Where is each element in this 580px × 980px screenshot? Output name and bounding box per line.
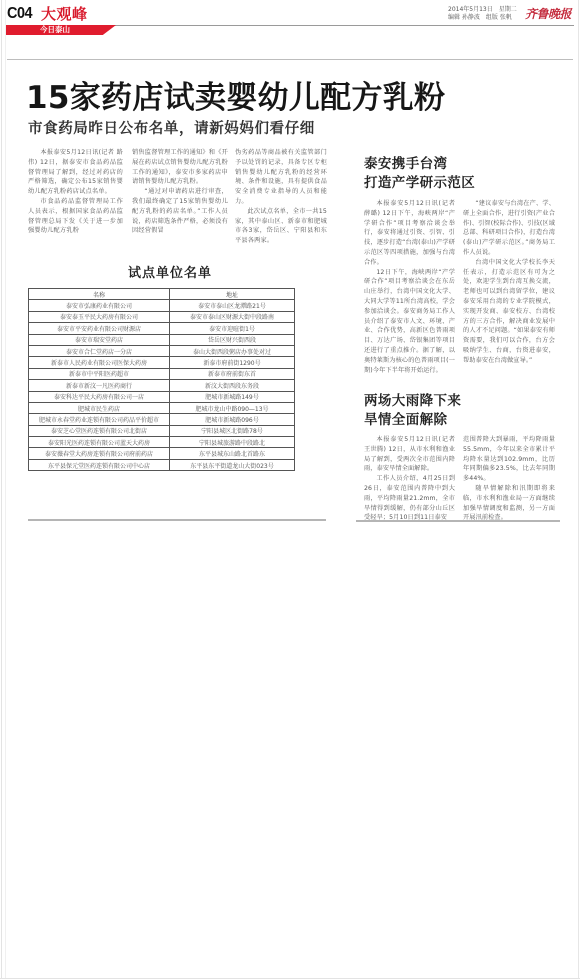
lead-column-1: 本报泰安5月12日讯(记者 路伟) 12日，据泰安市食品药品监督管理局了解到，经…: [28, 148, 123, 236]
section-divider: [28, 519, 326, 521]
store-address: 新泰市府前街1290号: [170, 357, 295, 368]
newspaper-logo: 齐鲁晚报: [525, 5, 571, 22]
paragraph: 本报泰安5月12日讯(记者 路伟) 12日，据泰安市食品药品监督管理局了解到，经…: [28, 148, 123, 197]
side-story-1-headline: 泰安携手台湾 打造产学研示范区: [364, 155, 475, 193]
table-row: 新泰市新汶一凡医药商行新汶大街西段东务段: [29, 380, 295, 391]
store-address: 肥城市新城路096号: [170, 414, 295, 425]
store-name: 泰安泰玉平民大药房有限公司: [29, 311, 170, 322]
table-row: 肥城市民生药店肥城市龙山中路090—13号: [29, 402, 295, 413]
issue-date: 2014年5月13日 星期二: [448, 6, 517, 14]
paragraph: “通过对申请药店进行审查，我们最终确定了15家销售婴幼儿配方乳粉的药店名单。”工…: [132, 187, 228, 236]
store-address: 肥城市龙山中路090—13号: [170, 402, 295, 413]
store-address: 泰安市泰山区财源大街中段路南: [170, 311, 295, 322]
table-row: 新泰市人民药业有限公司医保大药房新泰市府前街1290号: [29, 357, 295, 368]
headline-line: 两场大雨降下来: [364, 392, 461, 411]
paragraph: 12日下午，海峡两岸“产学研合作”项目考察洽谈会在东岳山庄举行，台湾中国文化大学…: [364, 268, 455, 376]
store-name: 泰安市弘康药业有限公司: [29, 300, 170, 311]
table-title: 试点单位名单: [128, 262, 212, 281]
table-row: 泰安市平安药业有限公司财源店泰安市迎暄街1号: [29, 323, 295, 334]
header-divider: [7, 59, 573, 60]
store-name: 泰安阳光医药连锁有限公司蓝天大药房: [29, 437, 170, 448]
paragraph: 本报泰安5月12日讯(记者 王世腾) 12日，从市水利和渔业局了解到，受两次全市…: [364, 435, 455, 474]
table-row: 泰安市合仁堂药店一分店泰山大街西段粥店办事处对过: [29, 345, 295, 356]
store-name: 泰安市瑞安堂药店: [29, 334, 170, 345]
paragraph: 本报泰安5月12日讯(记者 薛璐) 12日下午，海峡两岸“产学研合作”项目考察洽…: [364, 199, 455, 268]
store-address: 东平县城东山路北首路东: [170, 448, 295, 459]
store-name: 新泰市中平阳医药超市: [29, 368, 170, 379]
lead-headline: 15家药店试卖婴幼儿配方乳粉: [26, 72, 445, 117]
store-address: 肥城市新城路149号: [170, 391, 295, 402]
table-row: 泰安市瑞安堂药店岱岳区财兴街西段: [29, 334, 295, 345]
store-name: 肥城市民生药店: [29, 402, 170, 413]
table-row: 泰安薇春堂大药房连锁有限公司府前药店东平县城东山路北首路东: [29, 448, 295, 459]
headline-line: 打造产学研示范区: [364, 174, 475, 193]
pilot-store-table: 名称 地址 泰安市弘康药业有限公司泰安市泰山区龙潭路21号 泰安泰玉平民大药房有…: [28, 288, 295, 471]
store-name: 泰安市合仁堂药店一分店: [29, 345, 170, 356]
store-address: 东平县东平街道龙山大街023号: [170, 459, 295, 470]
store-name: 新泰市人民药业有限公司医保大药房: [29, 357, 170, 368]
side-story-2-column-1: 本报泰安5月12日讯(记者 王世腾) 12日，从市水利和渔业局了解到，受两次全市…: [364, 435, 455, 523]
newspaper-page: C04 大观峰 今日泰山 2014年5月13日 星期二 编辑 孙静波 组版 张帆…: [0, 0, 580, 980]
table-row: 泰安科达平民大药房有限公司一店肥城市新城路149号: [29, 391, 295, 402]
page-border-bottom: [0, 978, 580, 979]
paragraph: 台湾中国文化大学校长李天任表示，打造示范区有可为之处，欢迎学生到台湾互换交流，老…: [463, 258, 555, 366]
store-address: 新泰市府前街东首: [170, 368, 295, 379]
column-header-name: 名称: [29, 289, 170, 300]
section-divider: [356, 520, 560, 522]
table-row: 泰安市弘康药业有限公司泰安市泰山区龙潭路21号: [29, 300, 295, 311]
table-row: 新泰市中平阳医药超市新泰市府前街东首: [29, 368, 295, 379]
table-row: 泰安阳光医药连锁有限公司蓝天大药房宁阳县城旅游路中段路北: [29, 437, 295, 448]
column-header-address: 地址: [170, 289, 295, 300]
table-header-row: 名称 地址: [29, 289, 295, 300]
store-name: 泰安芝心堂医药连锁有限公司北街店: [29, 425, 170, 436]
issue-meta: 2014年5月13日 星期二 编辑 孙静波 组版 张帆: [448, 6, 517, 22]
page-border-left: [1, 0, 2, 978]
paragraph: 伪劣药品等商品被有关监管部门予以处罚的记录，具备专区专柜销售婴幼儿配方乳粉的经营…: [235, 148, 327, 207]
page-border-right: [578, 0, 579, 978]
store-address: 宁阳县城区北街路78号: [170, 425, 295, 436]
store-address: 岱岳区财兴街西段: [170, 334, 295, 345]
table-row: 肥城市永春堂药业连锁有限公司药品平价超市肥城市新城路096号: [29, 414, 295, 425]
lead-column-2: 销售监督管理工作的通知》和《开展在药店试点销售婴幼儿配方乳粉工作的通知》，泰安市…: [132, 148, 228, 236]
store-name: 泰安市平安药业有限公司财源店: [29, 323, 170, 334]
page-border-left-inner: [5, 0, 6, 978]
side-story-1-column-2: “建议泰安与台湾在产、学、研上全面合作，进行引资(产业合作)、引智(校际合作)、…: [463, 199, 555, 366]
store-name: 新泰市新汶一凡医药商行: [29, 380, 170, 391]
paragraph: “建议泰安与台湾在产、学、研上全面合作，进行引资(产业合作)、引智(校际合作)、…: [463, 199, 555, 258]
store-address: 泰安市泰山区龙潭路21号: [170, 300, 295, 311]
paragraph: 工作人员介绍，4月25日到26日，泰安范围内普降中到大雨，平均降雨量21.2mm…: [364, 474, 455, 523]
lead-column-3: 伪劣药品等商品被有关监管部门予以处罚的记录，具备专区专柜销售婴幼儿配方乳粉的经营…: [235, 148, 327, 246]
section-name: 大观峰: [41, 3, 88, 24]
headline-line: 泰安携手台湾: [364, 155, 475, 174]
store-address: 泰安市迎暄街1号: [170, 323, 295, 334]
side-story-1-column-1: 本报泰安5月12日讯(记者 薛璐) 12日下午，海峡两岸“产学研合作”项目考察洽…: [364, 199, 455, 375]
paragraph: 此次试点名单，全市一共15家，其中泰山区、新泰市和肥城市各3家，岱岳区、宁阳县和…: [235, 207, 327, 246]
lead-subhead: 市食药局昨日公布名单，请新妈妈们看仔细: [28, 117, 315, 138]
store-name: 肥城市永春堂药业连锁有限公司药品平价超市: [29, 414, 170, 425]
section-code: C04: [7, 5, 32, 23]
paragraph: 市食品药品监督管理局工作人员表示，根据国家食品药品监督管理总局下发《关于进一步加…: [28, 197, 123, 236]
store-name: 东平县保元堂医药连锁有限公司中心店: [29, 459, 170, 470]
paragraph: 范围普降大到暴雨，平均降雨量55.5mm，今年以来全市累计平均降水量达到102.…: [463, 435, 555, 484]
side-story-2-column-2: 范围普降大到暴雨，平均降雨量55.5mm，今年以来全市累计平均降水量达到102.…: [463, 435, 555, 523]
headline-line: 旱情全面解除: [364, 411, 461, 430]
side-story-2-headline: 两场大雨降下来 旱情全面解除: [364, 392, 461, 430]
store-address: 新汶大街西段东务段: [170, 380, 295, 391]
paragraph: 随旱情解除和汛期即将来临，市水利和渔业局一方面继续加强旱情调度和监测，另一方面开…: [463, 484, 555, 523]
store-address: 宁阳县城旅游路中段路北: [170, 437, 295, 448]
section-subtitle: 今日泰山: [40, 24, 70, 36]
store-name: 泰安科达平民大药房有限公司一店: [29, 391, 170, 402]
editor-credit: 编辑 孙静波 组版 张帆: [448, 14, 517, 22]
table-row: 泰安芝心堂医药连锁有限公司北街店宁阳县城区北街路78号: [29, 425, 295, 436]
store-address: 泰山大街西段粥店办事处对过: [170, 345, 295, 356]
table-row: 东平县保元堂医药连锁有限公司中心店东平县东平街道龙山大街023号: [29, 459, 295, 470]
table-row: 泰安泰玉平民大药房有限公司泰安市泰山区财源大街中段路南: [29, 311, 295, 322]
store-name: 泰安薇春堂大药房连锁有限公司府前药店: [29, 448, 170, 459]
paragraph: 销售监督管理工作的通知》和《开展在药店试点销售婴幼儿配方乳粉工作的通知》，泰安市…: [132, 148, 228, 187]
